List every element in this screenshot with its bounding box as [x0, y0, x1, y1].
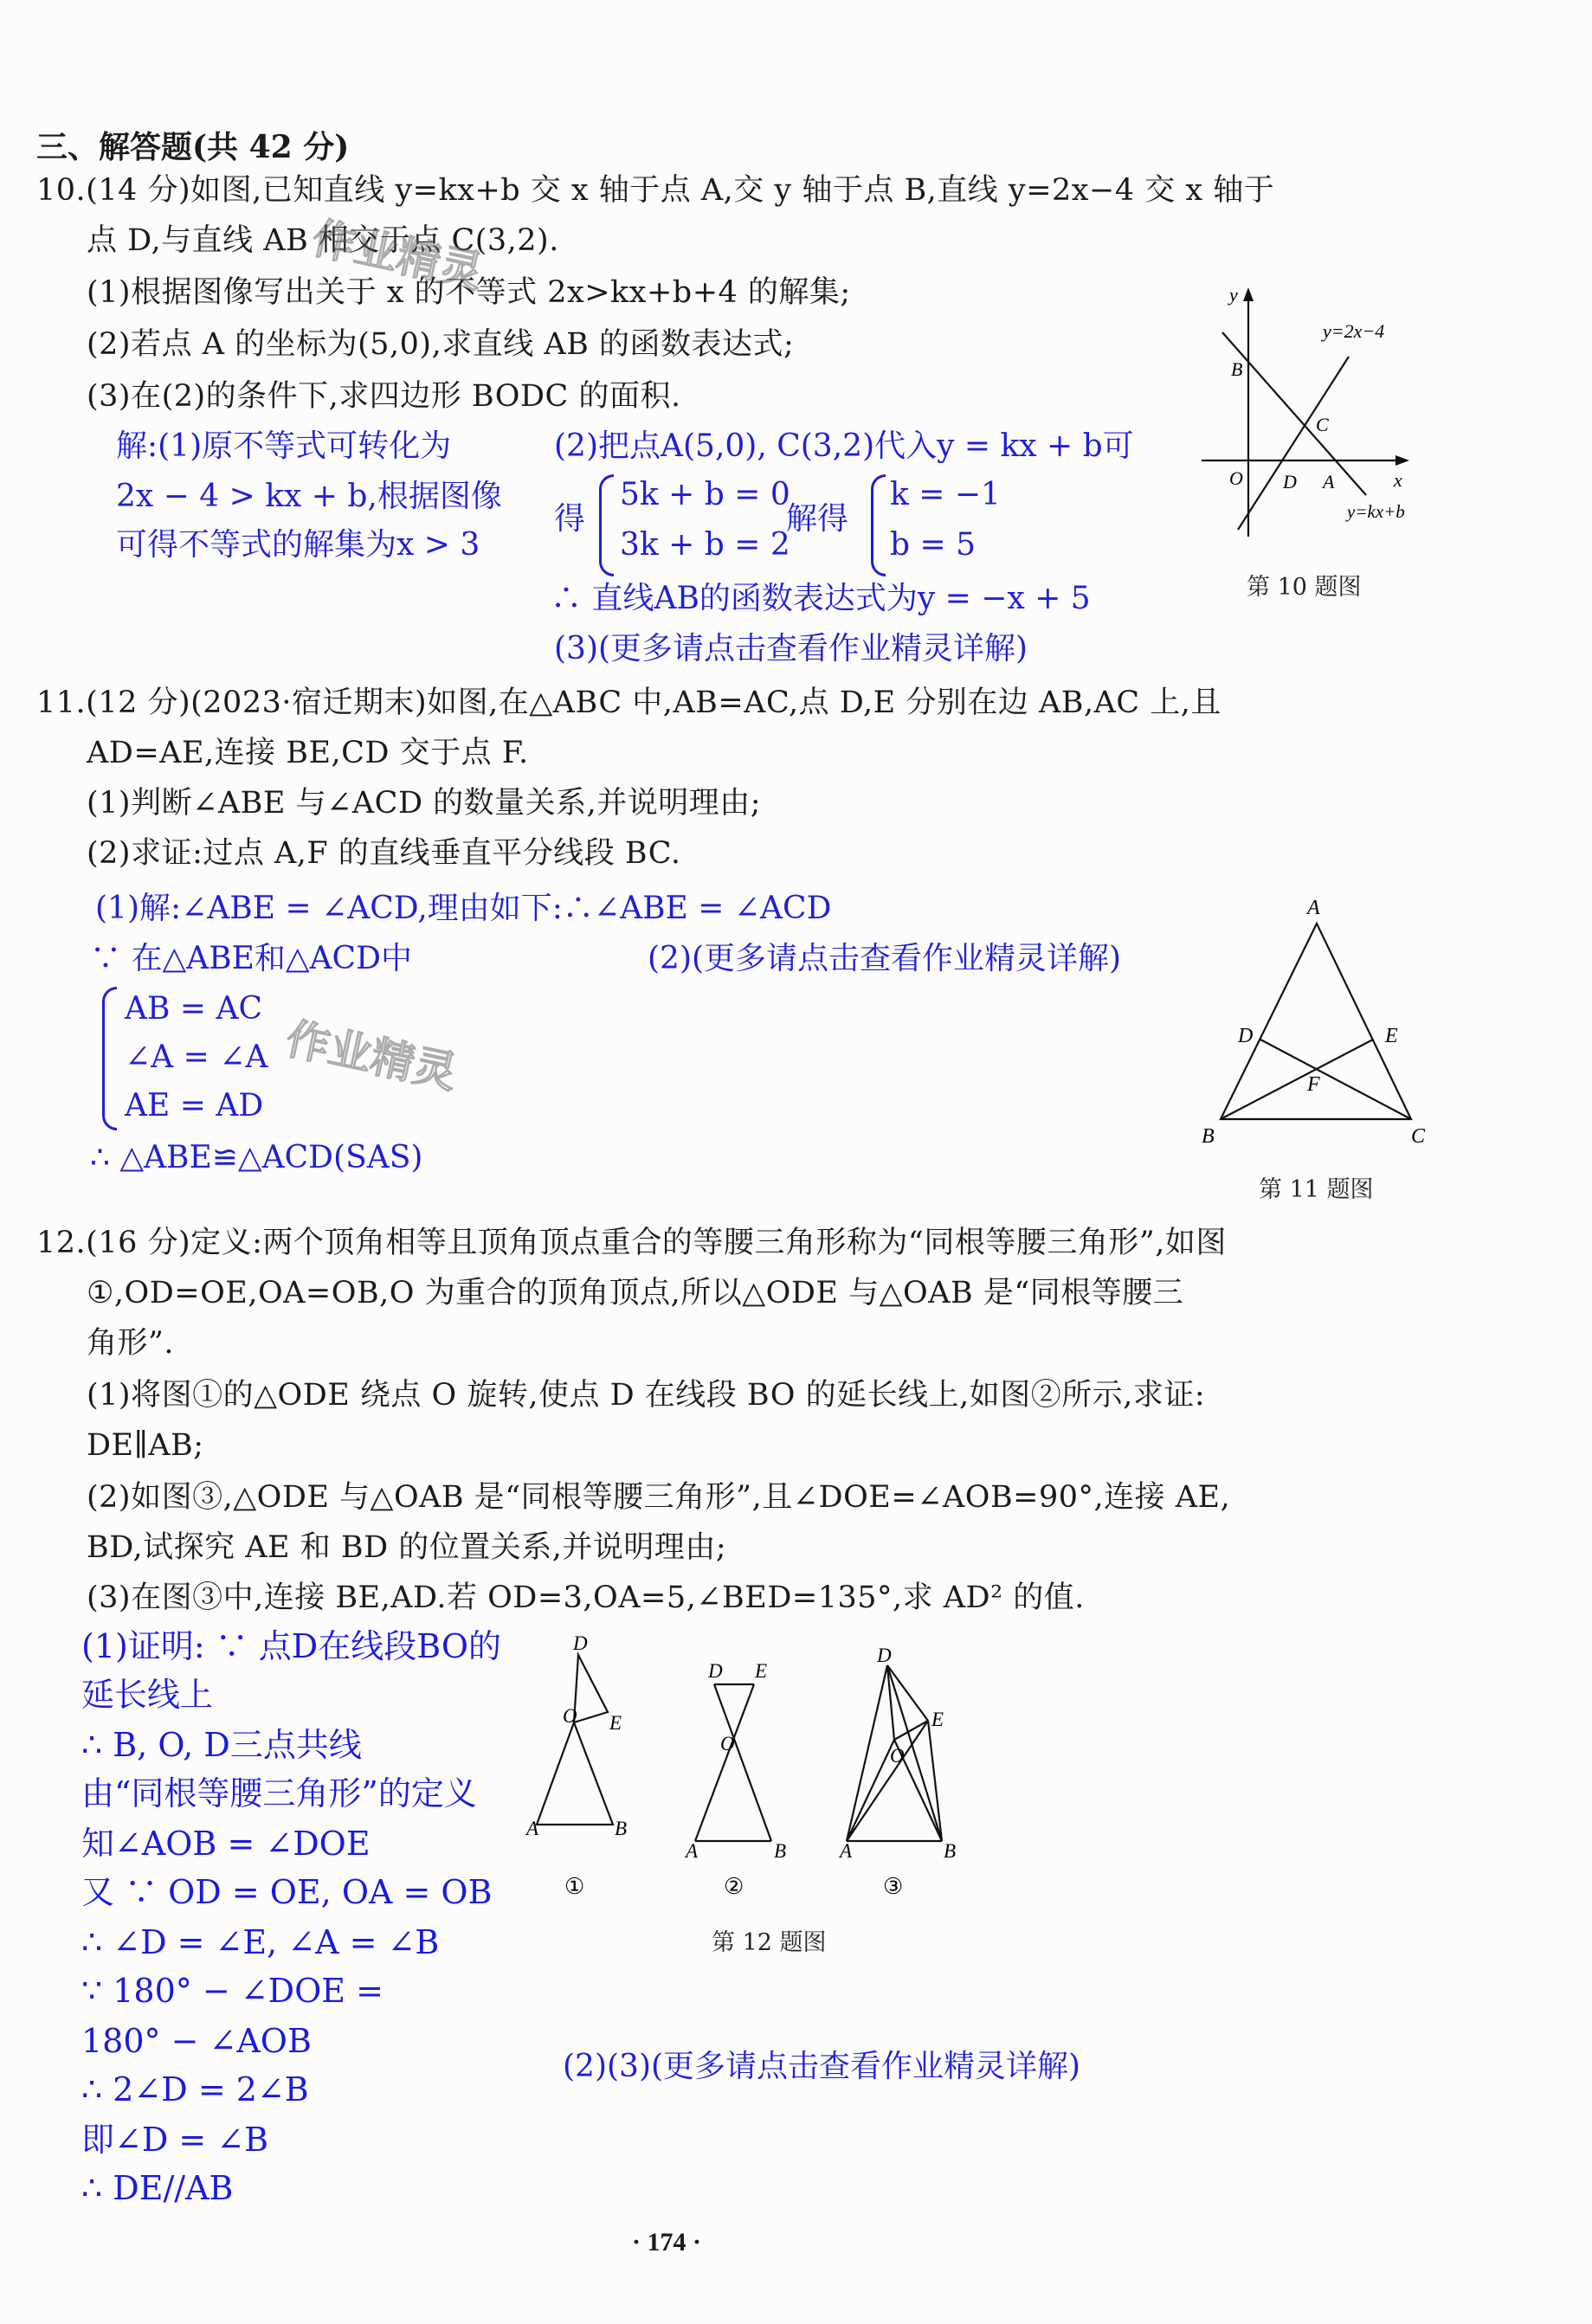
- q12-stem-line: 角形”.: [87, 1326, 174, 1361]
- q11-stem-line: AD=AE,连接 BE,CD 交于点 F.: [87, 736, 529, 770]
- q12-part-1-cont: DE∥AB;: [87, 1428, 204, 1463]
- triangle-oab-1: [537, 1722, 613, 1825]
- line-label-2x-4: y=2x−4: [1321, 320, 1384, 342]
- q12-part-2-cont: BD,试探究 AE 和 BD 的位置关系,并说明理由;: [87, 1530, 726, 1565]
- rotation-figures: D O E A B D E O A B D E O A B ① ② ③: [519, 1619, 1472, 1965]
- q10-answer-jiede: 解得: [786, 502, 848, 537]
- point-label-A: A: [1321, 471, 1335, 492]
- triangle-ode-1: [574, 1655, 608, 1722]
- q10-answer-de: 得: [554, 502, 585, 537]
- fig1-label-B: B: [615, 1818, 627, 1839]
- q12-answer-line: ∴ DE//AB: [81, 2169, 233, 2207]
- fig2-label-A: A: [684, 1840, 699, 1862]
- q10-system-eq: 3k + b = 2: [620, 528, 790, 563]
- vertex-label-A: A: [1305, 897, 1320, 919]
- fig3-label-B: B: [944, 1840, 956, 1862]
- fig1-label-D: D: [572, 1632, 588, 1654]
- q10-figure-caption: 第 10 题图: [1247, 568, 1362, 602]
- q12-answer-line: 又 ∵ OD = OE, OA = OB: [81, 1873, 493, 1911]
- q12-stem-line: 12.(16 分)定义:两个顶角相等且顶角顶点重合的等腰三角形称为“同根等腰三角…: [36, 1226, 1227, 1260]
- q12-answer-line: 180° − ∠AOB: [81, 2022, 312, 2060]
- sub-figure-label-2: ②: [724, 1874, 744, 1899]
- q12-part-2: (2)如图③,△ODE 与△OAB 是“同根等腰三角形”,且∠DOE=∠AOB=…: [87, 1480, 1230, 1515]
- q12-answer-line: 由“同根等腰三角形”的定义: [81, 1774, 477, 1812]
- q10-system-brace: [599, 474, 614, 576]
- q12-part-3: (3)在图③中,连接 BE,AD.若 OD=3,OA=5,∠BED=135°,求…: [87, 1580, 1085, 1615]
- q10-solution-eq: k = −1: [890, 478, 1001, 512]
- q11-system-eq: ∠A = ∠A: [125, 1040, 267, 1075]
- q11-figure: A B C D E F: [1195, 883, 1454, 1143]
- watermark: 作业精灵: [281, 1004, 464, 1101]
- triangle-abc-figure: A B C D E F: [1195, 883, 1454, 1143]
- q12-answer-line: ∴ 2∠D = 2∠B: [81, 2070, 309, 2108]
- q11-system-eq: AB = AC: [125, 992, 262, 1027]
- q12-answer-line: ∴ ∠D = ∠E, ∠A = ∠B: [81, 1923, 439, 1961]
- q12-answer-line: 延长线上: [81, 1676, 213, 1714]
- page-number: · 174 ·: [632, 2228, 701, 2257]
- q11-answer-line: ∵ 在△ABE和△ACD中: [90, 942, 412, 976]
- sub-figure-label-3: ③: [883, 1874, 903, 1899]
- vertex-label-B: B: [1202, 1125, 1215, 1143]
- q11-part-1: (1)判断∠ABE 与∠ACD 的数量关系,并说明理由;: [87, 786, 761, 821]
- q10-conclusion: ∴ 直线AB的函数表达式为y = −x + 5: [551, 582, 1091, 616]
- q10-solution-brace: [871, 474, 886, 576]
- point-label-D: D: [1237, 1025, 1253, 1047]
- q11-conclusion: ∴ △ABE≌△ACD(SAS): [90, 1141, 422, 1175]
- q12-answer-line: ∵ 180° − ∠DOE =: [81, 1972, 383, 2010]
- q12-answer-line: 即∠D = ∠B: [81, 2121, 268, 2159]
- q12-more-link[interactable]: (2)(3)(更多请点击查看作业精灵详解): [563, 2050, 1080, 2084]
- q10-part-3: (3)在(2)的条件下,求四边形 BODC 的面积.: [87, 379, 681, 414]
- fig1-label-A: A: [525, 1818, 539, 1839]
- q12-answer-line: 知∠AOB = ∠DOE: [81, 1825, 371, 1863]
- q10-figure: y x O B C D A y=2x−4 y=kx+b: [1186, 277, 1472, 537]
- fig2-label-D: D: [707, 1660, 723, 1682]
- fig2-label-B: B: [774, 1840, 786, 1862]
- q11-figure-caption: 第 11 题图: [1259, 1170, 1374, 1204]
- q11-stem-line: 11.(12 分)(2023·宿迁期末)如图,在△ABC 中,AB=AC,点 D…: [36, 686, 1221, 720]
- q10-answer-line: 2x − 4 > kx + b,根据图像: [116, 480, 502, 514]
- point-label-E: E: [1384, 1025, 1398, 1047]
- fig3-label-E: E: [931, 1709, 944, 1730]
- q10-answer-line: (2)把点A(5,0), C(3,2)代入y = kx + b可: [554, 429, 1134, 464]
- q12-stem-line: ①,OD=OE,OA=OB,O 为重合的顶角顶点,所以△ODE 与△OAB 是“…: [87, 1276, 1183, 1310]
- fig3-label-A: A: [838, 1840, 853, 1862]
- q12-figure: D O E A B D E O A B D E O A B ① ② ③: [519, 1619, 1472, 1965]
- fig1-label-O: O: [563, 1705, 577, 1727]
- point-label-O: O: [1229, 467, 1243, 489]
- q11-part-2: (2)求证:过点 A,F 的直线垂直平分线段 BC.: [87, 836, 680, 871]
- q10-part-2: (2)若点 A 的坐标为(5,0),求直线 AB 的函数表达式;: [87, 327, 794, 362]
- q10-more-link[interactable]: (3)(更多请点击查看作业精灵详解): [554, 632, 1028, 666]
- q12-answer-line: ∴ B, O, D三点共线: [81, 1726, 362, 1764]
- q11-system-brace: [102, 987, 117, 1130]
- q11-more-link[interactable]: (2)(更多请点击查看作业精灵详解): [648, 942, 1121, 976]
- point-label-B: B: [1231, 358, 1242, 380]
- q10-answer-line: 可得不等式的解集为x > 3: [116, 528, 480, 563]
- q11-answer-line: (1)解:∠ABE = ∠ACD,理由如下:∴∠ABE = ∠ACD: [95, 892, 831, 926]
- point-label-D: D: [1282, 471, 1297, 492]
- point-label-F: F: [1306, 1073, 1320, 1096]
- q10-stem-line: 10.(14 分)如图,已知直线 y=kx+b 交 x 轴于点 A,交 y 轴于…: [36, 173, 1274, 208]
- fig3-label-O: O: [890, 1745, 905, 1767]
- q12-answer-line: (1)证明: ∵ 点D在线段BO的: [81, 1627, 501, 1665]
- fig2-label-E: E: [754, 1660, 767, 1682]
- sub-figure-label-1: ①: [564, 1874, 584, 1899]
- axis-label-x: x: [1393, 469, 1402, 491]
- q12-figure-caption: 第 12 题图: [712, 1923, 827, 1957]
- section-title: 三、解答题(共 42 分): [36, 123, 349, 167]
- axis-label-y: y: [1228, 284, 1238, 306]
- fig3-label-D: D: [876, 1645, 892, 1666]
- vertex-label-C: C: [1411, 1125, 1426, 1143]
- line-label-kx-b: y=kx+b: [1345, 501, 1405, 522]
- fig2-label-O: O: [720, 1733, 735, 1754]
- q10-answer-line: 解:(1)原不等式可转化为: [116, 429, 451, 464]
- coordinate-graph: y x O B C D A y=2x−4 y=kx+b: [1186, 277, 1472, 537]
- q11-system-eq: AE = AD: [125, 1089, 263, 1123]
- fig1-label-E: E: [609, 1712, 622, 1734]
- point-label-C: C: [1316, 414, 1329, 435]
- q12-part-1: (1)将图①的△ODE 绕点 O 旋转,使点 D 在线段 BO 的延长线上,如图…: [87, 1378, 1205, 1413]
- q10-solution-eq: b = 5: [890, 528, 976, 563]
- q10-system-eq: 5k + b = 0: [620, 478, 790, 512]
